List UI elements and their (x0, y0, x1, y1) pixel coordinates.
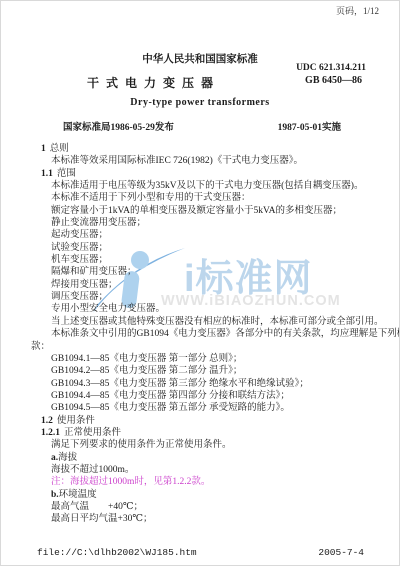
body-line: a.海拔 (31, 452, 369, 464)
body-line: 机车变压器； (31, 254, 369, 266)
body-line: 焊接用变压器； (31, 279, 369, 291)
line-text: 机车变压器； (51, 255, 108, 265)
line-text: 海拔 (58, 453, 77, 463)
line-text: 试验变压器； (51, 243, 108, 253)
document-title-en: Dry-type power transformers (1, 97, 399, 108)
body-line: 本标准条文中引用的GB1094《电力变压器》各部分中的有关条款，均应理解是下列标… (31, 328, 369, 340)
line-text: 注：海拔超过1000m时，见第1.2.2款。 (51, 477, 210, 487)
body-line: 额定容量小于1kVA的单相变压器及额定容量小于5kVA的多相变压器； (31, 205, 369, 217)
body-line: 款： (31, 341, 369, 353)
page-number-label: 页码，1/12 (336, 4, 379, 17)
standard-number: GB 6450—86 (305, 75, 362, 86)
line-text: 专用小型安全电力变压器。 (51, 304, 165, 314)
line-text: 焊接用变压器； (51, 280, 118, 290)
body-line: 1.1范围 (31, 168, 369, 180)
body-line: GB1094.1—85《电力变压器 第一部分 总则》； (31, 353, 369, 365)
line-text: 本标准不适用于下列小型和专用的干式变压器： (51, 193, 251, 203)
line-text: 额定容量小于1kVA的单相变压器及额定容量小于5kVA的多相变压器； (51, 206, 342, 216)
line-text: GB1094.5—85《电力变压器 第五部分 承受短路的能力》。 (51, 403, 290, 413)
line-text: GB1094.3—85《电力变压器 第三部分 绝缘水平和绝缘试验》； (51, 379, 309, 389)
body-line: 调压变压器； (31, 291, 369, 303)
body-line: 1.2.1正常使用条件 (31, 427, 369, 439)
clause-number: 1.2 (41, 416, 53, 426)
clause-number: 1.1 (41, 169, 53, 179)
body-line: 海拔不超过1000m。 (31, 464, 369, 476)
body-line: 静止变流器用变压器； (31, 217, 369, 229)
body-line: 隔爆和矿用变压器； (31, 266, 369, 278)
body-line: 本标准不适用于下列小型和专用的干式变压器： (31, 192, 369, 204)
line-text: 款： (31, 342, 50, 352)
footer-file-path: file://C:\dlhb2002\WJ185.htm (37, 547, 197, 558)
body-line: 专用小型安全电力变压器。 (31, 303, 369, 315)
body-line: 当上述变压器或其他特殊变压器没有相应的标准时，本标准可部分或全部引用。 (31, 316, 369, 328)
clause-number: 1.2.1 (41, 428, 60, 438)
clause-number: 1 (41, 144, 46, 154)
body-line: 起动变压器； (31, 229, 369, 241)
body-line: 试验变压器； (31, 242, 369, 254)
line-text: GB1094.4—85《电力变压器 第四部分 分接和联结方法》； (51, 391, 290, 401)
line-text: 总则 (50, 144, 69, 154)
line-text: 满足下列要求的使用条件为正常使用条件。 (51, 440, 232, 450)
body-line: GB1094.4—85《电力变压器 第四部分 分接和联结方法》； (31, 390, 369, 402)
document-title-cn: 干 式 电 力 变 压 器 (1, 74, 301, 91)
body-line: 本标准适用于电压等级为35kV及以下的干式电力变压器(包括自耦变压器)。 (31, 180, 369, 192)
line-text: GB1094.2—85《电力变压器 第二部分 温升》； (51, 366, 242, 376)
line-text: 调压变压器； (51, 292, 108, 302)
body-line: GB1094.5—85《电力变压器 第五部分 承受短路的能力》。 (31, 402, 369, 414)
line-text: 最高气温 +40℃； (51, 502, 143, 512)
effective-date-label: 1987-05-01实施 (278, 119, 341, 133)
body-line: 本标准等效采用国际标准IEC 726(1982)《干式电力变压器》。 (31, 155, 369, 167)
line-text: 静止变流器用变压器； (51, 218, 146, 228)
body-line: b.环境温度 (31, 489, 369, 501)
line-text: 使用条件 (57, 416, 95, 426)
line-text: 本标准条文中引用的GB1094《电力变压器》各部分中的有关条款，均应理解是下列标… (51, 329, 400, 339)
body-line: GB1094.2—85《电力变压器 第二部分 温升》； (31, 365, 369, 377)
body-line: 最高日平均气温+30℃； (31, 513, 369, 525)
body-line: 1总则 (31, 143, 369, 155)
line-text: 正常使用条件 (64, 428, 121, 438)
footer-date: 2005-7-4 (318, 547, 364, 558)
body-line: 最高气温 +40℃； (31, 501, 369, 513)
line-text: 本标准等效采用国际标准IEC 726(1982)《干式电力变压器》。 (51, 156, 303, 166)
standard-document-page: 页码，1/12 中华人民共和国国家标准 UDC 621.314.211 干 式 … (0, 0, 400, 566)
line-text: 隔爆和矿用变压器； (51, 267, 137, 277)
line-text: 环境温度 (59, 490, 97, 500)
body-line: 满足下列要求的使用条件为正常使用条件。 (31, 439, 369, 451)
body-line: GB1094.3—85《电力变压器 第三部分 绝缘水平和绝缘试验》； (31, 378, 369, 390)
body-line: 注：海拔超过1000m时，见第1.2.2款。 (31, 476, 369, 488)
line-text: GB1094.1—85《电力变压器 第一部分 总则》； (51, 354, 242, 364)
line-text: 当上述变压器或其他特殊变压器没有相应的标准时，本标准可部分或全部引用。 (51, 317, 384, 327)
line-text: 海拔不超过1000m。 (51, 465, 134, 475)
clause-number: b. (51, 490, 59, 500)
line-text: 起动变压器； (51, 230, 108, 240)
line-text: 本标准适用于电压等级为35kV及以下的干式电力变压器(包括自耦变压器)。 (51, 181, 363, 191)
udc-number: UDC 621.314.211 (296, 63, 366, 73)
issue-date-label: 国家标准局1986-05-29发布 (63, 119, 174, 133)
body-line: 1.2使用条件 (31, 415, 369, 427)
body-lines: 1总则本标准等效采用国际标准IEC 726(1982)《干式电力变压器》。1.1… (31, 143, 369, 526)
line-text: 最高日平均气温+30℃； (51, 514, 153, 524)
line-text: 范围 (57, 169, 76, 179)
